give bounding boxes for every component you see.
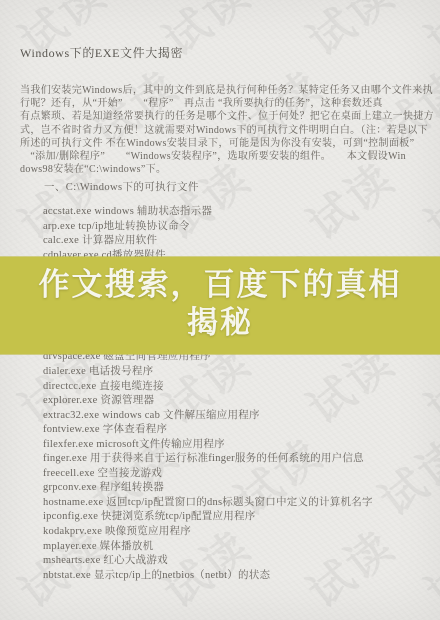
exe-list-item: calc.exe 计算器应用软件 xyxy=(43,234,438,249)
exe-list-item: grpconv.exe 程序组转换器 xyxy=(43,481,438,496)
intro-line: dows98安装在“C:\windows”下。 xyxy=(20,163,428,176)
exe-list-item: freecell.exe 空当接龙游戏 xyxy=(43,467,438,482)
exe-list-item: dialer.exe 电话拨号程序 xyxy=(43,365,438,380)
document-title: Windows下的EXE文件大揭密 xyxy=(20,44,183,61)
exe-list-item: fontview.exe 字体查看程序 xyxy=(43,423,438,438)
exe-list-item: accstat.exe windows 辅助状态指示器 xyxy=(43,205,438,220)
exe-list-item: finger.exe 用于获得来自于运行标准finger服务的任何系统的用户信息 xyxy=(43,452,438,467)
exe-list-item: ipconfig.exe 快捷浏览系统tcp/ip配置应用程序 xyxy=(43,510,438,525)
exe-list-item: filexfer.exe microsoft文件传输应用程序 xyxy=(43,438,438,453)
intro-line: “添加/删除程序” “Windows安装程序”，选取所要安装的组件。 本文假设W… xyxy=(20,150,428,163)
exe-list-item: mshearts.exe 红心大战游戏 xyxy=(43,554,438,569)
intro-paragraph: 当我们安装完Windows后，其中的文件到底是执行何种任务？某特定任务又由哪个文… xyxy=(20,84,428,176)
promo-banner-overlay[interactable] xyxy=(0,257,440,354)
exe-list-item: hostname.exe 返回tcp/ip配置窗口的dns标题头窗口中定义的计算… xyxy=(43,496,438,511)
intro-line: 当我们安装完Windows后，其中的文件到底是执行何种任务？某特定任务又由哪个文… xyxy=(20,84,428,97)
trial-watermark: 试读 xyxy=(292,0,405,68)
section-heading: 一、C:\Windows下的可执行文件 xyxy=(44,179,199,194)
trial-watermark: 试读 xyxy=(410,0,440,68)
exe-list-item: directcc.exe 直接电缆连接 xyxy=(43,380,438,395)
intro-line: 有点繁琐、若是知道经常要执行的任务是哪个文件、位于何处？把它在桌面上建立一快捷方 xyxy=(20,110,428,123)
intro-line: 所述的可执行文件 不在Windows安装目录下，可能是因为你没有安装，可到“控制… xyxy=(20,137,428,150)
intro-line: 行呢？还有，从“开始” “程序” 再点击 “我所要执行的任务”，这种套数还真 xyxy=(20,97,428,110)
exe-list-item: extrac32.exe windows cab 文件解压缩应用程序 xyxy=(43,409,438,424)
exe-list-item: mplayer.exe 媒体播放机 xyxy=(43,540,438,555)
exe-list-item: arp.exe tcp/ip地址转换协议命令 xyxy=(43,220,438,235)
scanned-document-page: 试读试读试读试读试读试读试读试读试读试读试读试读试读试读试读试读试读试读试读试读… xyxy=(0,0,440,620)
exe-list-item: nbtstat.exe 显示tcp/ip上的netbios（netbt）的状态 xyxy=(43,569,438,584)
exe-list-item: kodakprv.exe 映像预览应用程序 xyxy=(43,525,438,540)
intro-line: 式，岂不省时省力又方便！这就需要对Windows下的可执行文件明明白白。（注：若… xyxy=(20,124,428,137)
exe-list-item: explorer.exe 资源管理器 xyxy=(43,394,438,409)
